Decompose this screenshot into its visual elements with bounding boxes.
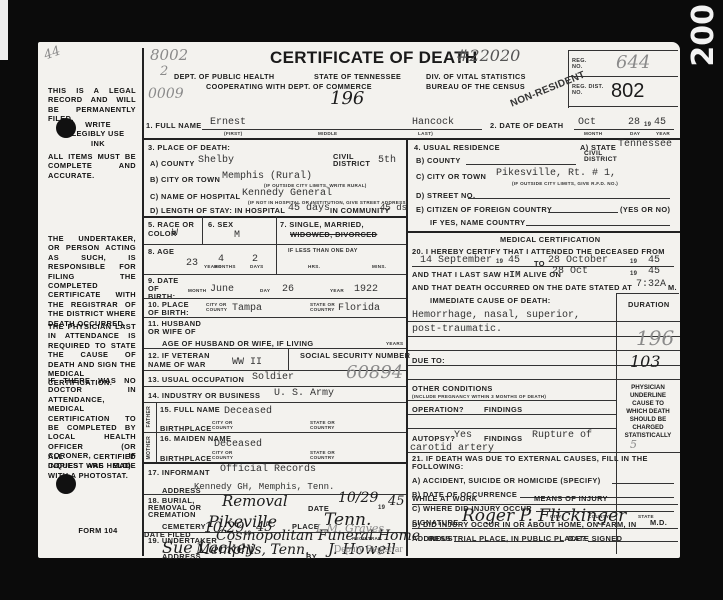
rule bbox=[144, 348, 406, 349]
reg-dist-value: 802 bbox=[611, 80, 644, 103]
hospital-name: Kennedy General bbox=[242, 188, 332, 199]
duration-label: Duration bbox=[628, 300, 670, 309]
operation-label: Operation? bbox=[412, 405, 464, 414]
rule bbox=[548, 212, 618, 213]
rule bbox=[568, 50, 678, 51]
rule bbox=[408, 321, 680, 322]
means-of-injury-label: Means of injury bbox=[534, 494, 608, 503]
industry-label: 14. Industry or Business bbox=[148, 391, 260, 400]
date-filed-value: 10/29 bbox=[204, 520, 244, 536]
burial-date: 10/29 bbox=[338, 490, 378, 506]
rule bbox=[202, 129, 482, 130]
citizen-suffix: (Yes or No) bbox=[620, 205, 670, 214]
rule bbox=[144, 216, 406, 218]
rule bbox=[468, 198, 670, 199]
hrs-sub: Hrs. bbox=[308, 264, 320, 269]
mother-state-lbl: State or Country bbox=[310, 450, 340, 460]
country-label: If yes, name country bbox=[430, 218, 525, 227]
res-city: Pikesville, Rt. # 1, bbox=[496, 168, 616, 179]
county-label: A) County bbox=[150, 159, 195, 168]
autopsy-findings-label: Findings bbox=[484, 434, 523, 443]
dept-public-health: Dept. of Public Health bbox=[174, 72, 275, 81]
certificate-title: CERTIFICATE OF DEATH bbox=[270, 48, 477, 68]
film-frame-number: 200 bbox=[686, 4, 721, 67]
attended-to: 28 October bbox=[548, 255, 608, 266]
registrar-label: Registrar bbox=[352, 536, 382, 541]
other-conditions-note: (Include pregnancy within 3 months of de… bbox=[412, 394, 546, 399]
civil-district-label: Civil District bbox=[333, 153, 373, 167]
dob-year: 1922 bbox=[354, 284, 378, 295]
punch-hole bbox=[56, 474, 76, 494]
ssn-label: Social Security Number bbox=[300, 351, 410, 360]
dob-day: 26 bbox=[282, 284, 294, 295]
rule bbox=[202, 216, 203, 244]
father-name: Deceased bbox=[224, 406, 272, 417]
attended-from-year: 45 bbox=[508, 255, 520, 266]
film-edge bbox=[0, 0, 8, 60]
form-number: FORM 104 bbox=[68, 526, 128, 535]
pencil-note-1: 8002 bbox=[150, 46, 188, 64]
age-label: 8. Age bbox=[148, 247, 174, 256]
age-years: 23 bbox=[186, 258, 198, 269]
days-sub: Days bbox=[250, 264, 264, 269]
father-state-lbl: State or Country bbox=[310, 420, 340, 430]
rule bbox=[408, 379, 680, 380]
alive-year-prefix: 19 bbox=[630, 271, 637, 277]
rule bbox=[408, 350, 680, 351]
rule bbox=[144, 432, 406, 433]
rule bbox=[288, 348, 289, 370]
deputy-signature: Sue Lackey bbox=[162, 538, 255, 557]
sub-middle: Middle bbox=[318, 131, 337, 136]
father-city-lbl: City or County bbox=[212, 420, 238, 430]
burial-year-prefix: 19 bbox=[378, 505, 385, 511]
death-month: Oct bbox=[578, 117, 596, 128]
sex-value: M bbox=[234, 230, 240, 241]
res-state: Tennessee bbox=[618, 139, 672, 150]
physician-signature: Roger P. Flickinger bbox=[462, 506, 626, 526]
duration-pencil-1: 196 bbox=[636, 326, 674, 350]
sub-last: Last) bbox=[418, 131, 433, 136]
other-conditions-label: Other conditions bbox=[412, 384, 493, 393]
father-side-label: Father bbox=[146, 406, 152, 427]
dob-day-lbl: Day bbox=[260, 288, 270, 293]
margin-divider bbox=[142, 48, 144, 556]
hospital-label: C) Name of Hospital bbox=[150, 192, 240, 201]
reg-dist-label: REG. DIST. NO. bbox=[572, 84, 608, 96]
death-civil-district: 5th bbox=[378, 155, 396, 166]
reg-no-value: 644 bbox=[616, 52, 650, 73]
complete-items-note: All items must be complete and accurate. bbox=[48, 152, 136, 180]
rule bbox=[412, 266, 674, 267]
last-seen-alive-year: 45 bbox=[648, 266, 660, 277]
rule bbox=[144, 274, 406, 275]
stay-label: D) Length of Stay: In Hospital bbox=[150, 206, 285, 215]
bp-city: Tampa bbox=[232, 303, 262, 314]
rule bbox=[568, 106, 678, 107]
to-year-prefix: 19 bbox=[630, 259, 637, 265]
filed-year: 45 bbox=[256, 520, 273, 535]
marital-label: 7. Single, Married, bbox=[280, 220, 364, 229]
burial-year: 45 bbox=[388, 494, 405, 509]
rule bbox=[574, 129, 674, 130]
spouse-label: 11. Husband or Wife of bbox=[148, 320, 208, 336]
burial-type: Removal bbox=[222, 492, 288, 510]
due-to-label: Due to: bbox=[412, 356, 445, 365]
write-legibly-note: Write legibly use ink bbox=[68, 120, 128, 148]
handwritten-196: 196 bbox=[330, 88, 364, 109]
undertaker-note: The undertaker, or person acting as such… bbox=[48, 234, 136, 328]
res-city-label: C) City or Town bbox=[416, 172, 486, 181]
pencil-note-3: 0009 bbox=[148, 86, 184, 102]
autopsy-label: Autopsy? bbox=[412, 434, 455, 443]
death-city: Memphis (Rural) bbox=[222, 171, 312, 182]
occupation-value: Soldier bbox=[252, 372, 294, 383]
rule bbox=[144, 386, 406, 387]
sub-month: Month bbox=[584, 131, 602, 136]
dob-month: June bbox=[210, 284, 234, 295]
certificate-number: #22020 bbox=[456, 46, 520, 65]
father-label: 15. Full Name bbox=[160, 405, 220, 414]
months-sub: Months bbox=[214, 264, 236, 269]
sub-first: (First) bbox=[224, 131, 242, 136]
external-causes-label: 21. If death was due to external causes,… bbox=[412, 455, 674, 471]
from-year-prefix: 19 bbox=[496, 259, 503, 265]
informant-label: 17. Informant bbox=[148, 468, 210, 477]
death-day: 28 bbox=[628, 117, 640, 128]
rule bbox=[408, 414, 616, 415]
dob-year-lbl: Year bbox=[330, 288, 344, 293]
physician-address-label: Address bbox=[412, 534, 451, 543]
dob-month-lbl: Month bbox=[188, 288, 206, 293]
rule bbox=[144, 298, 406, 299]
death-year: 45 bbox=[654, 117, 666, 128]
operation-findings-label: Findings bbox=[484, 405, 523, 414]
res-county-label: B) County bbox=[416, 156, 461, 165]
while-at-work-label: While at work bbox=[412, 494, 478, 503]
medical-cert-title: Medical Certification bbox=[500, 235, 601, 244]
mother-city-lbl: City or County bbox=[212, 450, 238, 460]
date-signed-label: Date Signed bbox=[568, 534, 622, 543]
md-label: M.D. bbox=[650, 518, 667, 527]
rule bbox=[408, 400, 616, 401]
mother-side-label: Mother bbox=[146, 436, 152, 459]
bp-state-lbl: State or Country bbox=[310, 302, 340, 312]
signature-label: Signature bbox=[412, 518, 459, 527]
reg-no-label: REG. NO. bbox=[572, 58, 592, 70]
sex-label: 6. Sex bbox=[208, 220, 233, 229]
sub-year: Year bbox=[656, 131, 670, 136]
less-than-day: If less than one day bbox=[288, 248, 358, 254]
rule bbox=[454, 541, 564, 542]
sub-day: Day bbox=[630, 131, 640, 136]
res-street-label: D) Street No. bbox=[416, 191, 475, 200]
death-county: Shelby bbox=[198, 155, 234, 166]
last-saw-line: and that I last saw him alive on bbox=[412, 270, 561, 280]
deputy-registrar-label: Deputy Registrar bbox=[334, 544, 403, 555]
stay-hospital: 45 days bbox=[288, 203, 330, 214]
physician-instructions: Physician Underline cause to which death… bbox=[618, 384, 678, 440]
reg-box-border bbox=[568, 50, 569, 108]
rule bbox=[144, 402, 406, 403]
industry-value: U. S. Army bbox=[274, 388, 334, 399]
marital-label-2: Widowed, Divorced bbox=[290, 230, 377, 239]
immediate-cause-2: post-traumatic. bbox=[412, 324, 502, 335]
autopsy-value: Yes bbox=[454, 430, 472, 441]
mother-name: Deceased bbox=[214, 439, 262, 450]
pencil-note-2: 2 bbox=[160, 64, 168, 79]
veteran-label: 12. If Veteran Name of War bbox=[148, 351, 218, 369]
res-city-note: (If outside city limits, give R.F.D. No.… bbox=[512, 181, 618, 186]
attended-from: 14 September bbox=[420, 255, 492, 266]
immediate-cause-label: Immediate cause of death: bbox=[430, 296, 551, 305]
death-time-label: and that death occurred on the date stat… bbox=[412, 283, 632, 292]
death-time: 7:32A bbox=[636, 279, 666, 290]
last-name: Hancock bbox=[412, 117, 454, 128]
date-filed-section: Date Filed 10/29 19 45 L.M. Graves Regis… bbox=[144, 520, 404, 558]
rule bbox=[408, 231, 680, 233]
immediate-cause-1: Hemorrhage, nasal, superior, bbox=[412, 310, 580, 321]
informant-address: Kennedy GH, Memphis, Tenn. bbox=[194, 482, 334, 492]
res-civil-label: Civil District bbox=[584, 151, 624, 163]
rule bbox=[276, 244, 277, 274]
war-name: WW II bbox=[232, 357, 262, 368]
signature-block: While at work Means of injury Signature … bbox=[412, 504, 678, 558]
duration-pencil-3: 5 bbox=[630, 438, 637, 451]
bureau-of-census: Bureau of the Census bbox=[426, 82, 525, 91]
residence-label: 4. Usual Residence bbox=[414, 143, 500, 152]
full-name-label: 1. Full Name bbox=[146, 121, 202, 130]
bp-state: Florida bbox=[338, 303, 380, 314]
duration-pencil-2: 103 bbox=[630, 352, 661, 371]
attended-to-year: 45 bbox=[648, 255, 660, 266]
occupation-label: 13. Usual Occupation bbox=[148, 375, 244, 384]
rule bbox=[612, 483, 674, 484]
race-value: W bbox=[172, 228, 178, 239]
spouse-years: Years bbox=[386, 341, 403, 346]
rule bbox=[412, 528, 678, 529]
rule bbox=[408, 428, 616, 429]
stay-community: 45 ds bbox=[380, 203, 407, 213]
last-seen-alive-date: 28 Oct bbox=[552, 266, 588, 277]
citizen-label: E) Citizen of Foreign Country bbox=[416, 205, 552, 214]
rule bbox=[624, 541, 678, 542]
div-vital-statistics: Div. of Vital Statistics bbox=[426, 72, 526, 81]
spouse-age-label: Age of husband or wife, if living bbox=[162, 339, 314, 348]
first-name: Ernest bbox=[210, 117, 246, 128]
rule bbox=[144, 244, 406, 245]
rule bbox=[408, 452, 680, 453]
state-of-tennessee: State of Tennessee bbox=[314, 72, 401, 81]
rule bbox=[412, 504, 678, 505]
time-suffix: M. bbox=[668, 283, 677, 292]
birthplace-label: 10. Place of Birth: bbox=[148, 301, 198, 317]
bp-city-lbl: City or County bbox=[206, 302, 230, 312]
mins-sub: Mins. bbox=[372, 264, 386, 269]
corner-note: 44 bbox=[42, 44, 63, 64]
autopsy-findings-1: Rupture of bbox=[532, 430, 592, 441]
year-prefix: 19 bbox=[644, 122, 651, 128]
registrar-signature: L.M. Graves bbox=[316, 522, 384, 535]
informant-value: Official Records bbox=[220, 464, 316, 475]
accident-label: A) Accident, suicide or homicide (specif… bbox=[412, 476, 601, 485]
date-of-death-label: 2. Date of Death bbox=[490, 121, 563, 130]
rule bbox=[526, 225, 670, 226]
rule bbox=[276, 216, 277, 244]
city-label: B) City or Town bbox=[150, 175, 220, 184]
place-of-death-label: 3. Place of Death: bbox=[148, 143, 230, 152]
rule bbox=[568, 76, 678, 77]
occupation-pencil-code: 60894 bbox=[346, 362, 403, 383]
rule bbox=[144, 317, 406, 318]
filed-year-prefix: 19 bbox=[244, 531, 251, 537]
rule bbox=[466, 164, 576, 165]
